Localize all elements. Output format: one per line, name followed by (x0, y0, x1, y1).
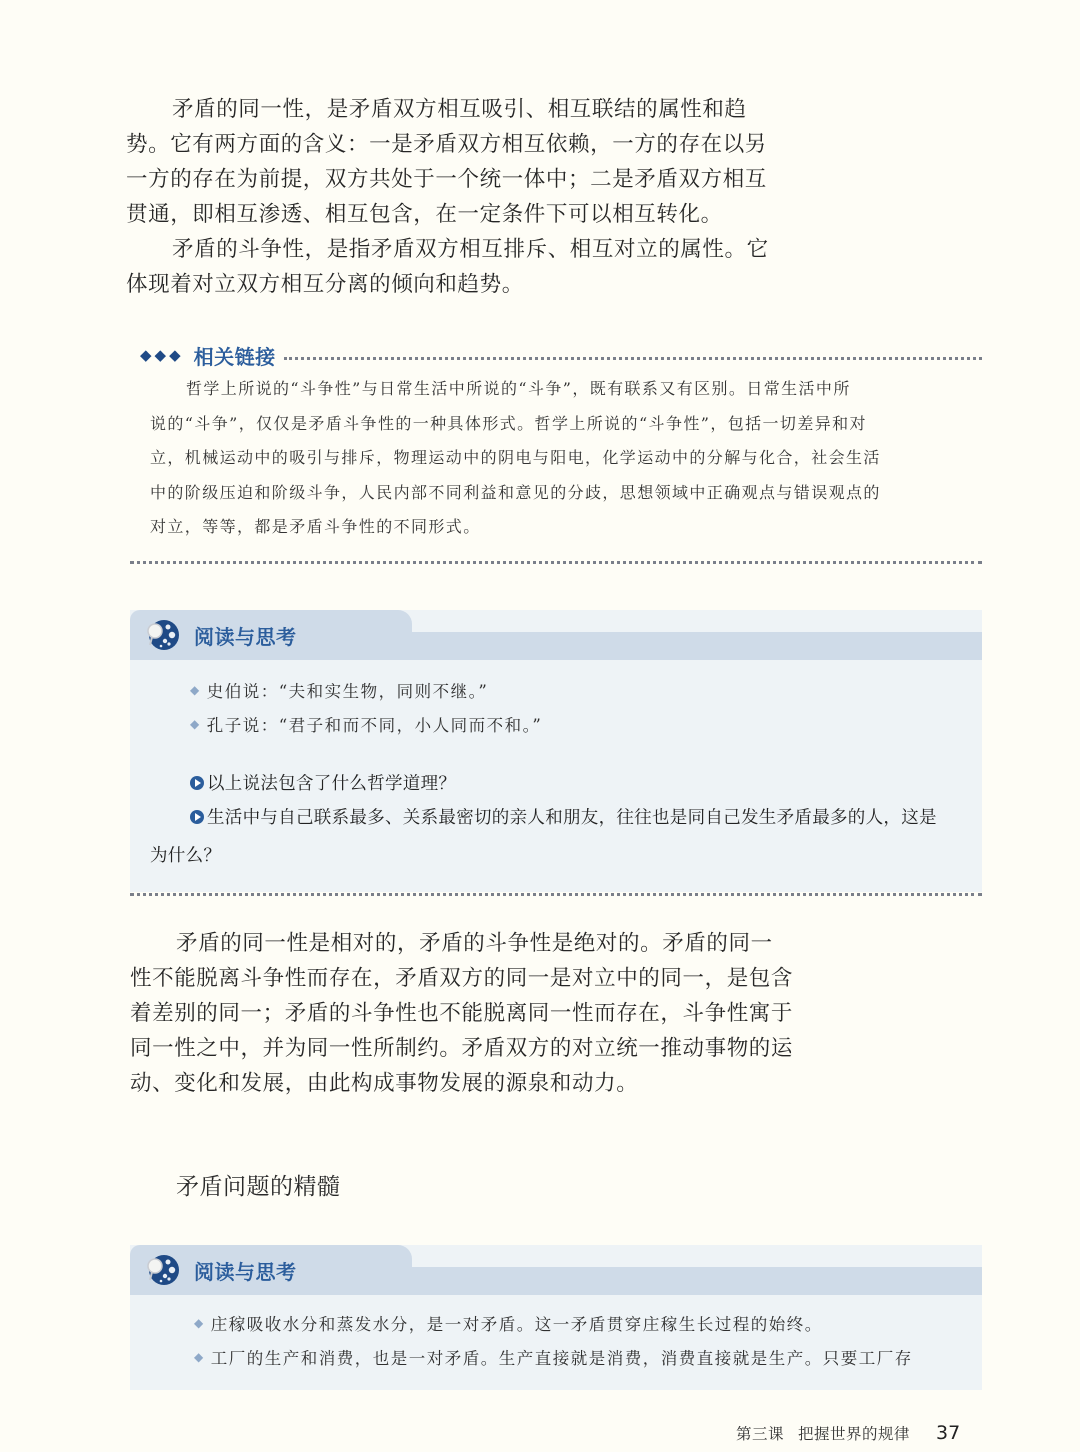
magnifier-globe-icon (144, 1252, 180, 1288)
text-line: 动、变化和发展，由此构成事物发展的源泉和动力。 (130, 1066, 766, 1101)
text-line: 贯通，即相互渗透、相互包含，在一定条件下可以相互转化。 (126, 197, 762, 232)
box-title: 阅读与思考 (194, 621, 297, 650)
text-line: 中的阶级压迫和阶级斗争，人民内部不同利益和意见的分歧，思想领域中正确观点与错误观… (150, 476, 970, 511)
quote-text: 史伯说：“夫和实生物，同则不继。” (207, 678, 489, 702)
related-link-body: 哲学上所说的“斗争性”与日常生活中所说的“斗争”，既有联系又有区别。日常生活中所… (150, 372, 970, 545)
chapter-title: 把握世界的规律 (798, 1422, 910, 1444)
box-header: 阅读与思考 (144, 616, 297, 654)
reading-thinking-box: 阅读与思考 ◆ 庄稼吸收水分和蒸发水分，是一对矛盾。这一矛盾贯穿庄稼生长过程的始… (130, 1245, 982, 1390)
text-line: 对立，等等，都是矛盾斗争性的不同形式。 (150, 510, 970, 545)
quote-text: 工厂的生产和消费，也是一对矛盾。生产直接就是消费，消费直接就是生产。只要工厂存 (211, 1345, 913, 1369)
dotted-divider (130, 893, 982, 896)
quote-item: ◆ 孔子说：“君子和而不同，小人同而不和。” (190, 712, 542, 736)
box-header: 阅读与思考 (144, 1251, 297, 1289)
text-line: 矛盾的同一性是相对的，矛盾的斗争性是绝对的。矛盾的同一 (130, 926, 766, 961)
question-text: 以上说法包含了什么哲学道理？ (207, 774, 456, 794)
quote-text: 庄稼吸收水分和蒸发水分，是一对矛盾。这一矛盾贯穿庄稼生长过程的始终。 (211, 1311, 823, 1335)
quote-text: 孔子说：“君子和而不同，小人同而不和。” (207, 712, 543, 736)
text-line: 哲学上所说的“斗争性”与日常生活中所说的“斗争”，既有联系又有区别。日常生活中所 (150, 372, 970, 407)
text-line: 说的“斗争”，仅仅是矛盾斗争性的一种具体形式。哲学上所说的“斗争性”，包括一切差… (150, 407, 970, 442)
related-link-title: 相关链接 (194, 341, 276, 370)
text-line: 同一性之中，并为同一性所制约。矛盾双方的对立统一推动事物的运 (130, 1031, 766, 1066)
question-text: 生活中与自己联系最多、关系最密切的亲人和朋友，往往也是同自己发生矛盾最多的人，这… (207, 808, 937, 828)
paragraph-identity: 矛盾的同一性，是矛盾双方相互吸引、相互联结的属性和趋 势。它有两方面的含义：一是… (126, 92, 762, 232)
text-line: 着差别的同一；矛盾的斗争性也不能脱离同一性而存在，斗争性寓于 (130, 996, 766, 1031)
quote-item: ◆ 庄稼吸收水分和蒸发水分，是一对矛盾。这一矛盾贯穿庄稼生长过程的始终。 (194, 1311, 823, 1335)
diamond-bullets-icon: ◆◆◆ (140, 346, 184, 364)
play-arrow-icon (190, 810, 204, 824)
related-link-header: ◆◆◆ 相关链接 (140, 340, 982, 370)
text-line: 性不能脱离斗争性而存在，矛盾双方的同一是对立中的同一，是包含 (130, 961, 766, 996)
quote-item: ◆ 工厂的生产和消费，也是一对矛盾。生产直接就是消费，消费直接就是生产。只要工厂… (194, 1345, 913, 1369)
text-line: 一方的存在为前提，双方共处于一个统一体中；二是矛盾双方相互 (126, 162, 762, 197)
page-footer: 第三课 把握世界的规律 37 (736, 1422, 960, 1444)
dotted-divider (130, 561, 982, 564)
box-title: 阅读与思考 (194, 1256, 297, 1285)
dotted-divider (284, 357, 982, 360)
textbook-page: 矛盾的同一性，是矛盾双方相互吸引、相互联结的属性和趋 势。它有两方面的含义：一是… (0, 0, 1080, 1452)
diamond-bullet-icon: ◆ (194, 1350, 205, 1364)
diamond-bullet-icon: ◆ (190, 683, 201, 697)
section-title: 矛盾问题的精髓 (176, 1168, 341, 1201)
text-line: 矛盾的斗争性，是指矛盾双方相互排斥、相互对立的属性。它 (126, 232, 762, 267)
text-line: 立，机械运动中的吸引与排斥，物理运动中的阴电与阳电，化学运动中的分解与化合，社会… (150, 441, 970, 476)
text-line: 势。它有两方面的含义：一是矛盾双方相互依赖，一方的存在以另 (126, 127, 762, 162)
diamond-bullet-icon: ◆ (194, 1316, 205, 1330)
play-arrow-icon (190, 776, 204, 790)
question-item: 生活中与自己联系最多、关系最密切的亲人和朋友，往往也是同自己发生矛盾最多的人，这… (190, 800, 937, 836)
paragraph-struggle: 矛盾的斗争性，是指矛盾双方相互排斥、相互对立的属性。它 体现着对立双方相互分离的… (126, 232, 762, 302)
question-continuation: 为什么？ (150, 838, 221, 874)
text-line: 矛盾的同一性，是矛盾双方相互吸引、相互联结的属性和趋 (126, 92, 762, 127)
chapter-label: 第三课 (736, 1422, 784, 1444)
page-number: 37 (936, 1422, 960, 1444)
question-item: 以上说法包含了什么哲学道理？ (190, 766, 456, 802)
diamond-bullet-icon: ◆ (190, 717, 201, 731)
quote-item: ◆ 史伯说：“夫和实生物，同则不继。” (190, 678, 488, 702)
text-line: 体现着对立双方相互分离的倾向和趋势。 (126, 267, 762, 302)
magnifier-globe-icon (144, 617, 180, 653)
reading-thinking-box: 阅读与思考 ◆ 史伯说：“夫和实生物，同则不继。” ◆ 孔子说：“君子和而不同，… (130, 610, 982, 892)
paragraph-relative-absolute: 矛盾的同一性是相对的，矛盾的斗争性是绝对的。矛盾的同一 性不能脱离斗争性而存在，… (130, 926, 766, 1101)
